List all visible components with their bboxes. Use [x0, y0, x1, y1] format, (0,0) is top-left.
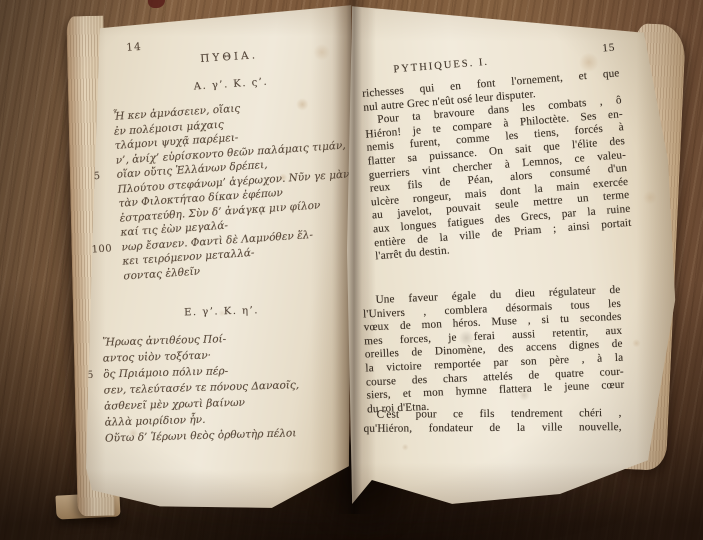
verse-text: ἀσθενεῖ μὲν χρωτὶ βαίνων: [104, 397, 245, 413]
stanza-label: Ε. γ’. Κ. η’.: [87, 303, 327, 321]
verse-text: αντος υἱὸν τοξόταν·: [103, 350, 212, 365]
photo-of-open-book: 14 ΠΥΘΙΑ. Α. γ’. Κ. ς’.Ἦ κεν ἀμνάσειεν, …: [0, 0, 703, 540]
french-paragraph: Pour ta bravoure dans les combats , ôHié…: [364, 94, 633, 264]
right-page: PYTHIQUES. I. 15 richesses qui en font l…: [344, 0, 684, 520]
verse-text: Οὕτω δ’ Ἱέρωνι θεὸς ὀρθωτὴρ πέλοι: [105, 427, 297, 444]
greek-section: Ε. γ’. Κ. η’.Ἥρωας ἀντιθέους Ποί-αντος υ…: [87, 299, 331, 447]
french-line: qu'Hiéron, fondateur de la ville nouvell…: [364, 421, 622, 436]
left-page-number: 14: [126, 41, 142, 54]
verse-text: ὃς Πριάμοιο πόλιν πέρ-: [103, 365, 228, 380]
verse-number: 100: [91, 242, 113, 258]
right-page-text: PYTHIQUES. I. 15 richesses qui en font l…: [360, 45, 633, 264]
french-paragraph: Une faveur égale du dieu régulateur del'…: [362, 284, 625, 417]
greek-sections: Α. γ’. Κ. ς’.Ἦ κεν ἀμνάσειεν, οἵαιςἐν πο…: [97, 72, 350, 284]
greek-section: Α. γ’. Κ. ς’.Ἦ κεν ἀμνάσειεν, οἵαιςἐν πο…: [97, 72, 350, 284]
binding-ribbon-spot: [148, 0, 165, 8]
left-page-text: 14 ΠΥΘΙΑ. Α. γ’. Κ. ς’.Ἦ κεν ἀμνάσειεν, …: [94, 28, 349, 284]
verse-text: σοντας ἐλθεῖν: [123, 265, 200, 282]
right-page-number: 15: [602, 41, 616, 56]
verse-text: Ἥρωας ἀντιθέους Ποί-: [102, 333, 226, 348]
french-line: C'est pour ce fils tendrement chéri ,: [364, 407, 622, 422]
left-page: 14 ΠΥΘΙΑ. Α. γ’. Κ. ς’.Ἦ κεν ἀμνάσειεν, …: [78, 0, 355, 522]
french-paragraph: C'est pour ce fils tendrement chéri ,qu'…: [364, 407, 622, 436]
verse-text: ἀλλὰ μοιρίδιον ἦν.: [104, 414, 205, 429]
french-paragraphs: richesses qui en font l'ornement, et que…: [362, 67, 633, 264]
